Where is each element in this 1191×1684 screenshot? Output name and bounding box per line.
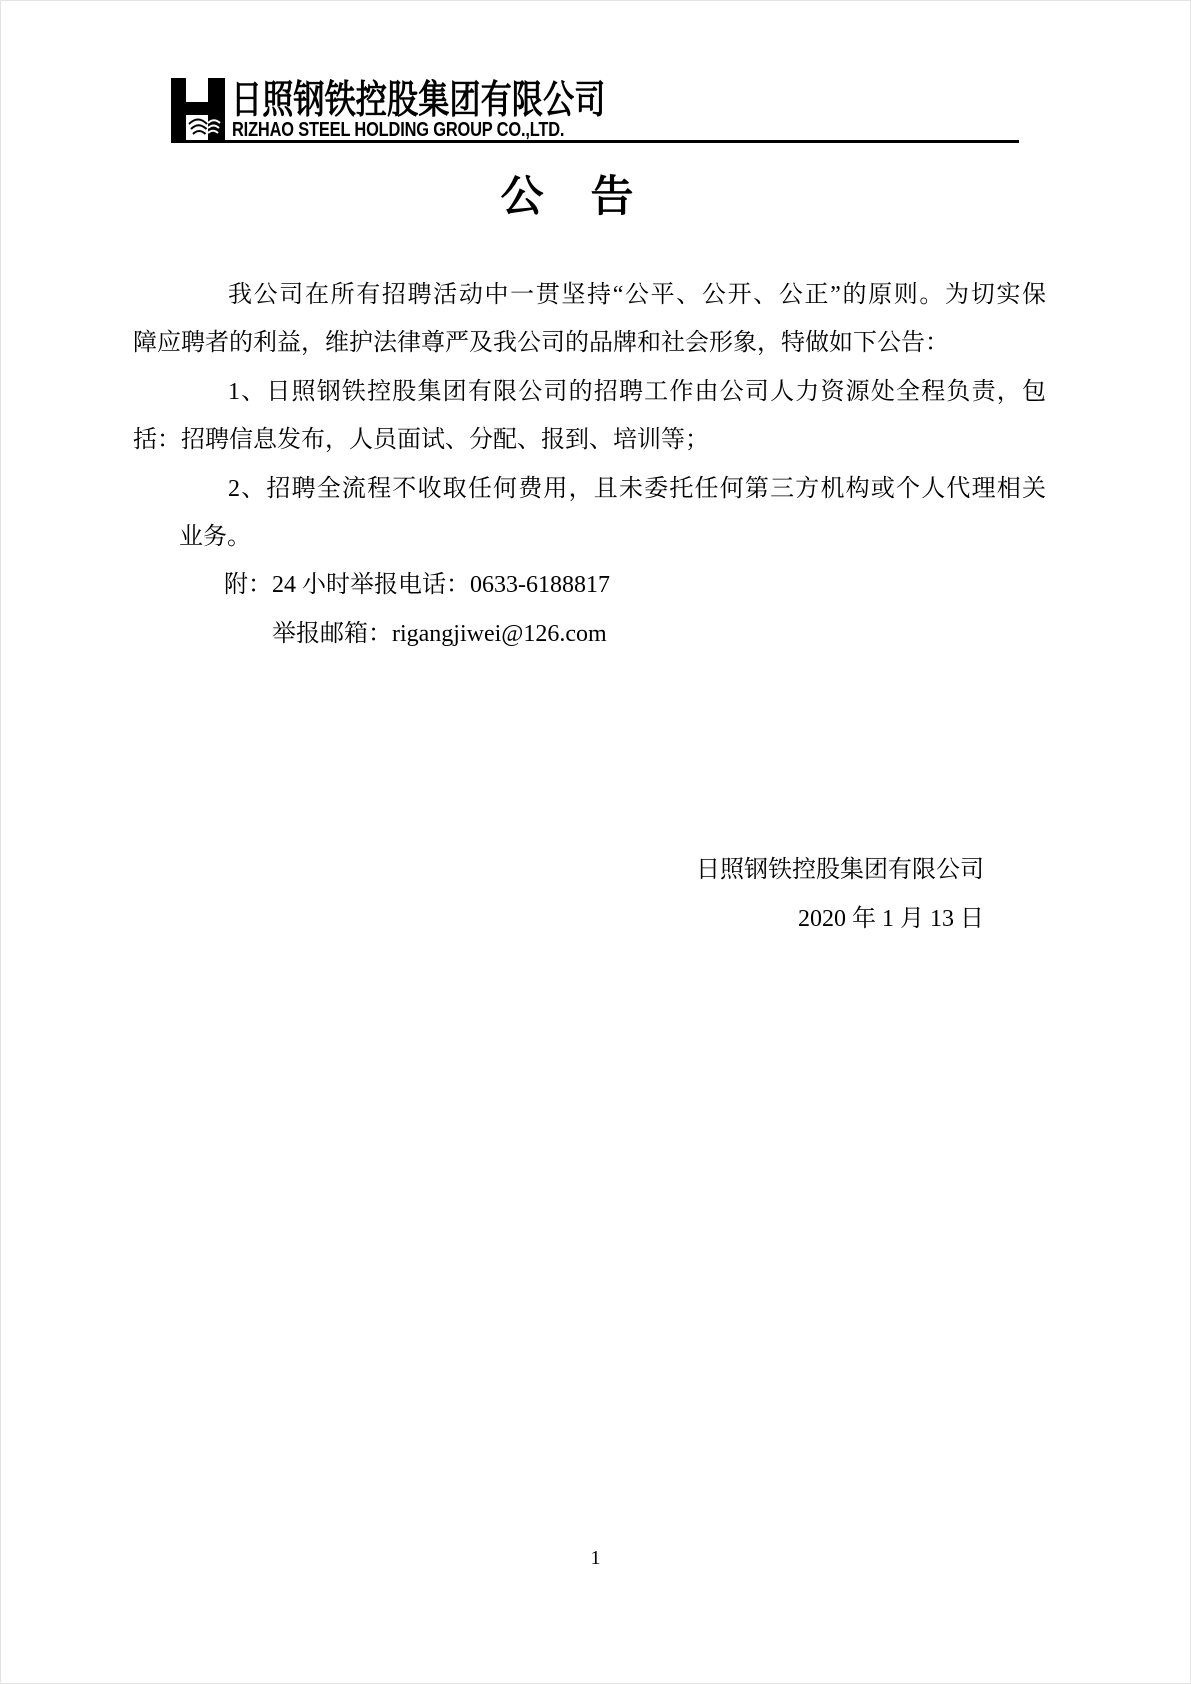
body-line: 1、日照钢铁控股集团有限公司的招聘工作由公司人力资源处全程负责，包 [133,368,1046,416]
report-hotline-line: 附：24 小时举报电话：0633-6188817 [133,561,1046,609]
signature-date: 2020 年 1 月 13 日 [696,895,984,944]
rizhao-steel-logo-icon [171,78,225,140]
page-number: 1 [1,1546,1190,1570]
company-name-chinese: 日照钢铁控股集团有限公司 [231,81,605,120]
body-line: 我公司在所有招聘活动中一贯坚持“公平、公开、公正”的原则。为切实保 [133,271,1046,319]
document-page: 日照钢铁控股集团有限公司 RIZHAO STEEL HOLDING GROUP … [0,0,1191,1684]
body-line: 业务。 [133,513,1046,561]
document-body: 我公司在所有招聘活动中一贯坚持“公平、公开、公正”的原则。为切实保 障应聘者的利… [133,271,1046,658]
company-name-english: RIZHAO STEEL HOLDING GROUP CO.,LTD. [232,120,564,140]
body-line: 括：招聘信息发布，人员面试、分配、报到、培训等； [133,416,1046,464]
body-line: 2、招聘全流程不收取任何费用，且未委托任何第三方机构或个人代理相关 [133,465,1046,513]
report-email-line: 举报邮箱：rigangjiwei@126.com [133,610,1046,658]
body-line: 障应聘者的利益，维护法律尊严及我公司的品牌和社会形象，特做如下公告： [133,319,1046,367]
document-title: 公 告 [133,173,1003,222]
header-divider-rule [171,140,1019,143]
signature-company: 日照钢铁控股集团有限公司 [696,846,984,895]
signature-block: 日照钢铁控股集团有限公司 2020 年 1 月 13 日 [696,846,984,943]
